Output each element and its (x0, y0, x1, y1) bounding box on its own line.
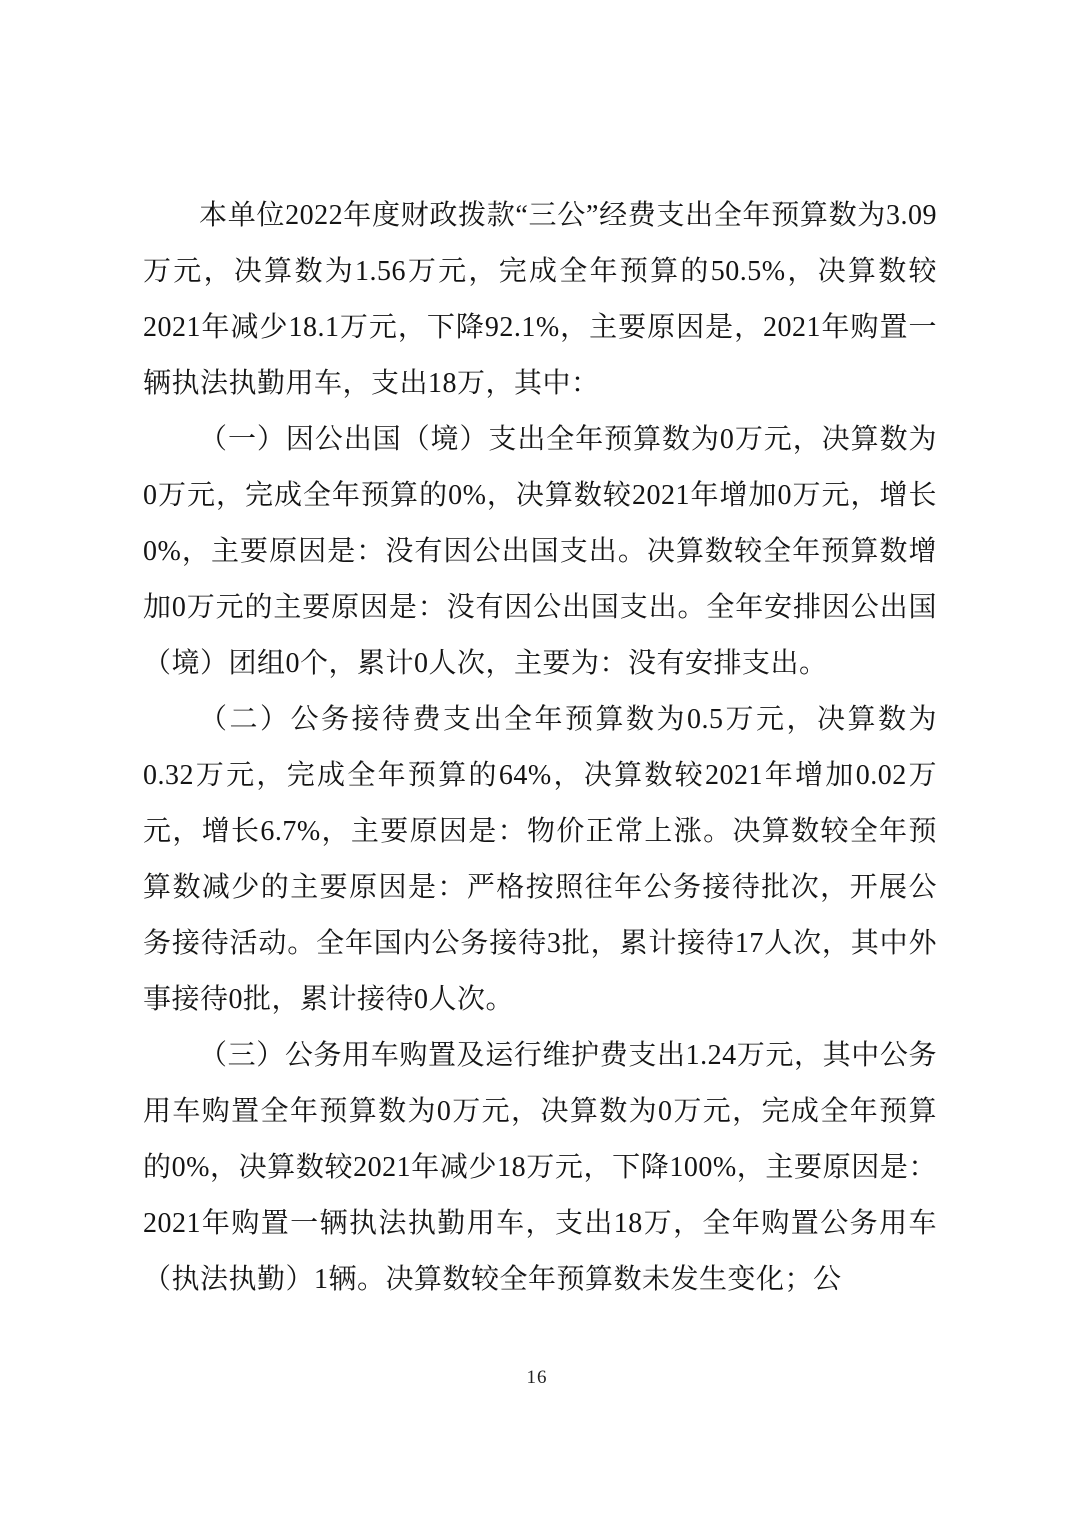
paragraph-overseas-travel-expense: （一）因公出国（境）支出全年预算数为0万元，决算数为0万元，完成全年预算的0%，… (143, 412, 937, 692)
page-number: 16 (527, 1367, 548, 1388)
document-body: 本单位2022年度财政拨款“三公”经费支出全年预算数为3.09万元，决算数为1.… (143, 188, 937, 1308)
page-footer: 16 (0, 1364, 1074, 1392)
paragraph-three-public-funds-summary: 本单位2022年度财政拨款“三公”经费支出全年预算数为3.09万元，决算数为1.… (143, 188, 937, 412)
paragraph-official-vehicle-expense: （三）公务用车购置及运行维护费支出1.24万元，其中公务用车购置全年预算数为0万… (143, 1028, 937, 1308)
document-page: 本单位2022年度财政拨款“三公”经费支出全年预算数为3.09万元，决算数为1.… (0, 0, 1074, 1520)
paragraph-official-reception-expense: （二）公务接待费支出全年预算数为0.5万元，决算数为0.32万元，完成全年预算的… (143, 692, 937, 1028)
